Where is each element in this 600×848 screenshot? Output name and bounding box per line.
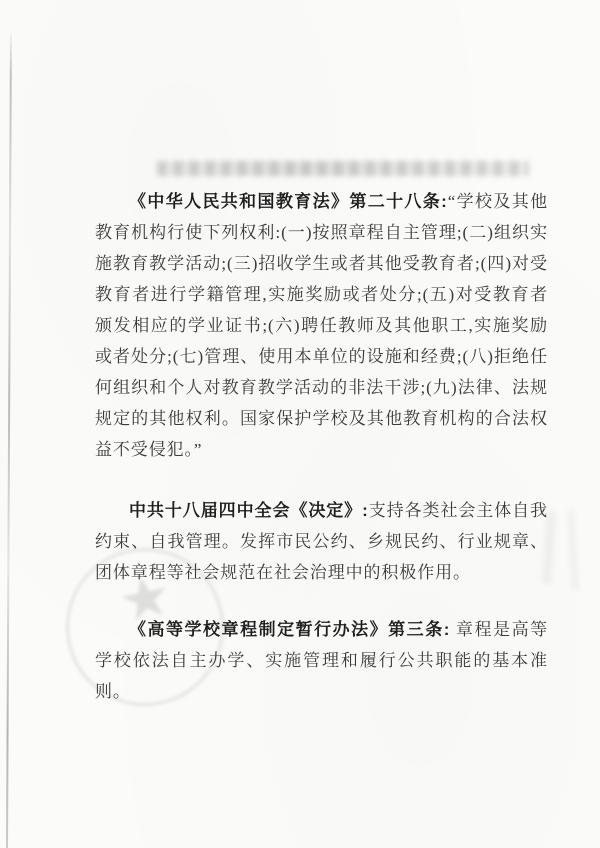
scanned-document-page: ★ 《中华人民共和国教育法》第二十八条:“学校及其他教育机构行使下列权利:(一)… xyxy=(0,0,600,848)
legal-quote-education-law: 《中华人民共和国教育法》第二十八条:“学校及其他教育机构行使下列权利:(一)按照… xyxy=(95,186,548,465)
legal-quote-plenum-decision: 中共十八届四中全会《决定》:支持各类社会主体自我约束、自我管理。发挥市民公约、乡… xyxy=(95,495,548,588)
paragraph-text: “学校及其他教育机构行使下列权利:(一)按照章程自主管理;(二)组织实施教育教学… xyxy=(95,192,548,459)
document-body: 《中华人民共和国教育法》第二十八条:“学校及其他教育机构行使下列权利:(一)按照… xyxy=(95,186,548,737)
paragraph-lead: 《高等学校章程制定暂行办法》第三条: xyxy=(129,620,450,639)
bleed-through-text-artifact xyxy=(157,161,529,176)
smudge-artifact xyxy=(568,510,578,590)
left-edge-crease-artifact xyxy=(6,28,12,848)
paragraph-lead: 《中华人民共和国教育法》第二十八条: xyxy=(129,192,448,211)
legal-quote-charter-measures: 《高等学校章程制定暂行办法》第三条: 章程是高等学校依法自主办学、实施管理和履行… xyxy=(95,614,548,707)
paragraph-lead: 中共十八届四中全会《决定》: xyxy=(129,501,369,520)
